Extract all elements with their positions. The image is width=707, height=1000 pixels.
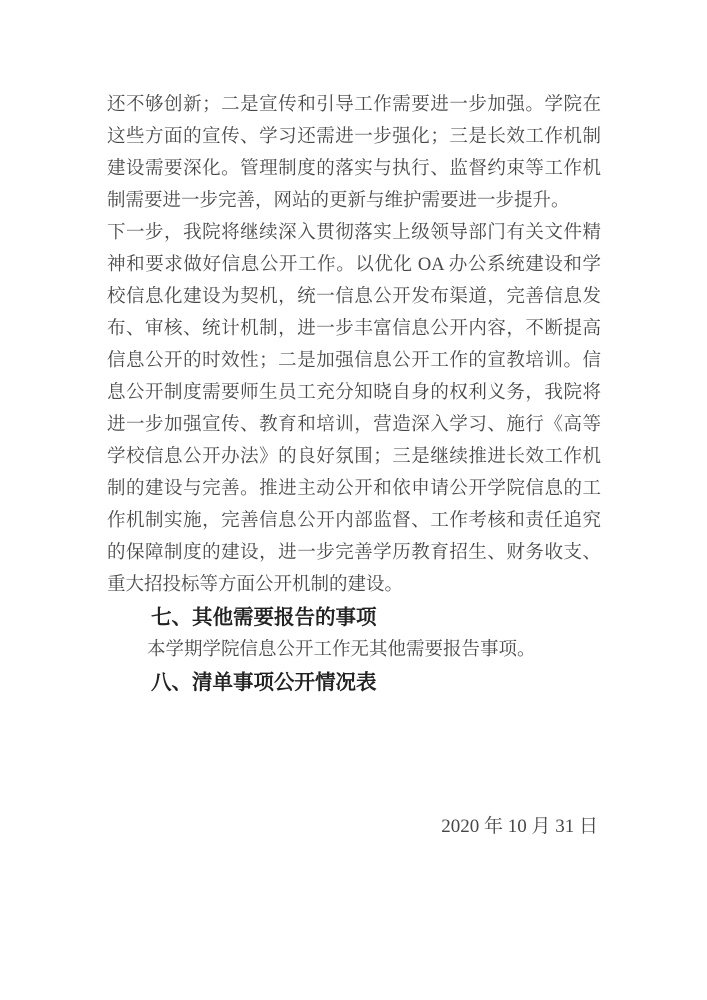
text-line: 学校信息公开办法》的良好氛围；三是继续推进长效工作机: [107, 441, 601, 473]
text-line: 布、审核、统计机制，进一步丰富信息公开内容，不断提高: [107, 313, 601, 345]
text-line: 这些方面的宣传、学习还需进一步强化；三是长效工作机制: [107, 121, 601, 153]
section-heading: 七、其他需要报告的事项: [107, 602, 601, 634]
section-heading: 八、清单事项公开情况表: [107, 667, 601, 699]
document-page: 还不够创新；二是宣传和引导工作需要进一步加强。学院在这些方面的宣传、学习还需进一…: [0, 0, 707, 1000]
text-line: 建设需要深化。管理制度的落实与执行、监督约束等工作机: [107, 153, 601, 185]
text-line: 神和要求做好信息公开工作。以优化 OA 办公系统建设和学: [107, 249, 601, 281]
text-line: 制的建设与完善。推进主动公开和依申请公开学院信息的工: [107, 473, 601, 505]
text-line: 息公开制度需要师生员工充分知晓自身的权利义务，我院将: [107, 377, 601, 409]
document-blocks: 还不够创新；二是宣传和引导工作需要进一步加强。学院在这些方面的宣传、学习还需进一…: [107, 89, 601, 699]
text-line: 进一步加强宣传、教育和培训，营造深入学习、施行《高等: [107, 409, 601, 441]
document-body: 还不够创新；二是宣传和引导工作需要进一步加强。学院在这些方面的宣传、学习还需进一…: [107, 89, 601, 843]
text-line: 下一步，我院将继续深入贯彻落实上级领导部门有关文件精: [107, 217, 601, 249]
date-line: 2020 年 10 月 31 日: [107, 811, 601, 843]
text-line: 信息公开的时效性；二是加强信息公开工作的宣教培训。信: [107, 345, 601, 377]
text-line: 制需要进一步完善，网站的更新与维护需要进一步提升。: [107, 185, 601, 217]
text-line: 作机制实施，完善信息公开内部监督、工作考核和责任追究: [107, 505, 601, 537]
text-line: 重大招投标等方面公开机制的建设。: [107, 569, 601, 601]
text-line: 还不够创新；二是宣传和引导工作需要进一步加强。学院在: [107, 89, 601, 121]
text-line: 的保障制度的建设，进一步完善学历教育招生、财务收支、: [107, 537, 601, 569]
text-line: 校信息化建设为契机，统一信息公开发布渠道，完善信息发: [107, 281, 601, 313]
text-line: 本学期学院信息公开工作无其他需要报告事项。: [107, 634, 601, 666]
